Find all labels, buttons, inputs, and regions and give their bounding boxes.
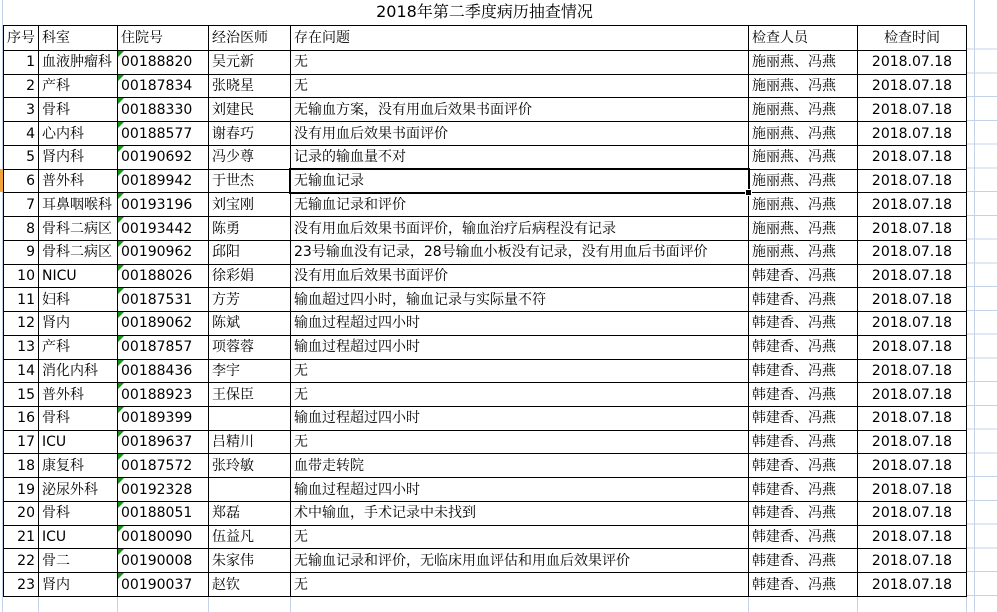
cell-department[interactable]: 骨科二病区 — [39, 240, 118, 264]
fill-handle[interactable] — [745, 189, 752, 196]
cell-problem[interactable]: 无 — [291, 383, 749, 407]
cell-index[interactable]: 15 — [4, 383, 39, 407]
outside-gridline-stub — [857, 597, 858, 612]
admission-no-text: 00190962 — [121, 244, 192, 260]
table-row: 22骨二00190008朱家伟无输血记录和评价，无临床用血评估和用血后效果评价韩… — [4, 549, 967, 573]
table-row: 12肾内00189062陈斌输血过程超过四小时韩建香、冯燕2018.07.18 — [4, 312, 967, 336]
table-row: 20骨科00188051郑磊术中输血，手术记录中未找到韩建香、冯燕2018.07… — [4, 501, 967, 525]
admission-no-text: 00193442 — [121, 221, 192, 237]
cell-department[interactable]: 康复科 — [39, 454, 118, 478]
cell-problem[interactable]: 23号输血没有记录，28号输血小板没有记录，没有用血后书面评价 — [291, 240, 749, 264]
stored-as-text-indicator-icon — [118, 336, 124, 342]
cell-inspectors[interactable]: 施丽燕、冯燕 — [749, 145, 858, 169]
cell-date[interactable]: 2018.07.18 — [858, 288, 967, 312]
cell-inspectors[interactable]: 施丽燕、冯燕 — [749, 51, 858, 75]
cell-index[interactable]: 1 — [4, 51, 39, 75]
table-row: 14消化内科00188436李宇无韩建香、冯燕2018.07.18 — [4, 359, 967, 383]
admission-no-text: 00188330 — [121, 102, 192, 118]
cell-admission-no[interactable]: 00190962 — [118, 240, 209, 264]
table-row: 5肾内科00190692冯少尊记录的输血量不对施丽燕、冯燕2018.07.18 — [4, 145, 967, 169]
cell-date[interactable]: 2018.07.18 — [858, 98, 967, 122]
cell-admission-no[interactable]: 00188026 — [118, 264, 209, 288]
cell-admission-no[interactable]: 00180090 — [118, 525, 209, 549]
admission-no-text: 00192328 — [121, 482, 192, 498]
table-row: 15普外科00188923王保臣无韩建香、冯燕2018.07.18 — [4, 383, 967, 407]
stored-as-text-indicator-icon — [118, 526, 124, 532]
stored-as-text-indicator-icon — [118, 431, 124, 437]
table-row: 16骨科00189399输血过程超过四小时韩建香、冯燕2018.07.18 — [4, 407, 967, 431]
column-header-physician[interactable]: 经治医师 — [209, 26, 291, 51]
cell-admission-no[interactable]: 00187572 — [118, 454, 209, 478]
admission-no-text: 00180090 — [121, 529, 192, 545]
cell-admission-no[interactable]: 00190692 — [118, 145, 209, 169]
admission-no-text: 00188051 — [121, 505, 192, 521]
stored-as-text-indicator-icon — [118, 360, 124, 366]
cell-index[interactable]: 7 — [4, 193, 39, 217]
cell-problem[interactable]: 输血过程超过四小时 — [291, 407, 749, 431]
cell-physician[interactable]: 冯少尊 — [209, 145, 291, 169]
table-row: 10NICU00188026徐彩娟没有用血后效果书面评价韩建香、冯燕2018.0… — [4, 264, 967, 288]
cell-date[interactable]: 2018.07.18 — [858, 478, 967, 502]
cell-department[interactable]: ICU — [39, 525, 118, 549]
cell-index[interactable]: 22 — [4, 549, 39, 573]
cell-inspectors[interactable]: 韩建香、冯燕 — [749, 264, 858, 288]
stored-as-text-indicator-icon — [118, 383, 124, 389]
cell-department[interactable]: 肾内 — [39, 312, 118, 336]
cell-problem[interactable]: 无输血记录和评价 — [291, 193, 749, 217]
cell-physician[interactable] — [209, 407, 291, 431]
cell-department[interactable]: 骨科 — [39, 98, 118, 122]
cell-problem[interactable]: 记录的输血量不对 — [291, 145, 749, 169]
table-row: 7耳鼻咽喉科00193196刘宝刚无输血记录和评价施丽燕、冯燕2018.07.1… — [4, 193, 967, 217]
stored-as-text-indicator-icon — [118, 170, 124, 176]
cell-date[interactable]: 2018.07.18 — [858, 454, 967, 478]
cell-date[interactable]: 2018.07.18 — [858, 407, 967, 431]
stored-as-text-indicator-icon — [118, 241, 124, 247]
cell-inspectors[interactable]: 施丽燕、冯燕 — [749, 193, 858, 217]
cell-physician[interactable]: 方芳 — [209, 288, 291, 312]
cell-inspectors[interactable]: 韩建香、冯燕 — [749, 407, 858, 431]
cell-index[interactable]: 5 — [4, 145, 39, 169]
cell-date[interactable]: 2018.07.18 — [858, 501, 967, 525]
cell-admission-no[interactable]: 00192328 — [118, 478, 209, 502]
admission-no-text: 00188436 — [121, 363, 192, 379]
stored-as-text-indicator-icon — [118, 549, 124, 555]
cell-index[interactable]: 17 — [4, 430, 39, 454]
column-header-problem[interactable]: 存在问题 — [291, 26, 749, 51]
cell-date[interactable]: 2018.07.18 — [858, 312, 967, 336]
cell-inspectors[interactable]: 韩建香、冯燕 — [749, 454, 858, 478]
cell-admission-no[interactable]: 00193442 — [118, 217, 209, 241]
cell-problem[interactable]: 无输血记录 — [291, 169, 749, 193]
cell-inspectors[interactable]: 韩建香、冯燕 — [749, 501, 858, 525]
cell-index[interactable]: 8 — [4, 217, 39, 241]
cell-date[interactable]: 2018.07.18 — [858, 122, 967, 146]
cell-date[interactable]: 2018.07.18 — [858, 525, 967, 549]
cell-admission-no[interactable]: 00187857 — [118, 335, 209, 359]
cell-inspectors[interactable]: 韩建香、冯燕 — [749, 549, 858, 573]
cell-date[interactable]: 2018.07.18 — [858, 51, 967, 75]
cell-department[interactable]: 消化内科 — [39, 359, 118, 383]
cell-department[interactable]: ICU — [39, 430, 118, 454]
cell-physician[interactable]: 邱阳 — [209, 240, 291, 264]
cell-date[interactable]: 2018.07.18 — [858, 193, 967, 217]
cell-physician[interactable]: 项蓉蓉 — [209, 335, 291, 359]
stored-as-text-indicator-icon — [118, 502, 124, 508]
cell-inspectors[interactable]: 施丽燕、冯燕 — [749, 169, 858, 193]
table-row: 9骨科二病区00190962邱阳23号输血没有记录，28号输血小板没有记录，没有… — [4, 240, 967, 264]
cell-problem[interactable]: 没有用血后效果书面评价，输血治疗后病程没有记录 — [291, 217, 749, 241]
cell-index[interactable]: 10 — [4, 264, 39, 288]
cell-admission-no[interactable]: 00189637 — [118, 430, 209, 454]
cell-date[interactable]: 2018.07.18 — [858, 359, 967, 383]
cell-inspectors[interactable]: 韩建香、冯燕 — [749, 478, 858, 502]
cell-physician[interactable]: 于世杰 — [209, 169, 291, 193]
cell-department[interactable]: 肾内科 — [39, 145, 118, 169]
gridlines-right-strip — [967, 26, 997, 598]
cell-problem[interactable]: 没有用血后效果书面评价 — [291, 122, 749, 146]
table-row: 2产科00187834张晓星无施丽燕、冯燕2018.07.18 — [4, 74, 967, 98]
cell-date[interactable]: 2018.07.18 — [858, 549, 967, 573]
cell-admission-no[interactable]: 00188051 — [118, 501, 209, 525]
cell-physician[interactable]: 李宇 — [209, 359, 291, 383]
table-row: 1血液肿瘤科00188820吴元新无施丽燕、冯燕2018.07.18 — [4, 51, 967, 75]
cell-admission-no[interactable]: 00189942 — [118, 169, 209, 193]
cell-date[interactable]: 2018.07.18 — [858, 240, 967, 264]
cell-inspectors[interactable]: 韩建香、冯燕 — [749, 288, 858, 312]
cell-department[interactable]: 普外科 — [39, 383, 118, 407]
cell-physician[interactable]: 徐彩娟 — [209, 264, 291, 288]
table-row: 17ICU00189637吕精川无韩建香、冯燕2018.07.18 — [4, 430, 967, 454]
cell-problem[interactable]: 无 — [291, 573, 749, 597]
cell-admission-no[interactable]: 00188820 — [118, 51, 209, 75]
cell-department[interactable]: NICU — [39, 264, 118, 288]
cell-index[interactable]: 20 — [4, 501, 39, 525]
table-row: 8骨科二病区00193442陈勇没有用血后效果书面评价，输血治疗后病程没有记录施… — [4, 217, 967, 241]
cell-physician[interactable]: 吴元新 — [209, 51, 291, 75]
cell-admission-no[interactable]: 00187531 — [118, 288, 209, 312]
admission-no-text: 00188577 — [121, 126, 192, 142]
cell-physician[interactable]: 刘宝刚 — [209, 193, 291, 217]
cell-admission-no[interactable]: 00189399 — [118, 407, 209, 431]
column-header-date[interactable]: 检查时间 — [858, 26, 967, 51]
records-tbody: 1血液肿瘤科00188820吴元新无施丽燕、冯燕2018.07.182产科001… — [4, 51, 967, 597]
column-header-admission-no[interactable]: 住院号 — [118, 26, 209, 51]
cell-index[interactable]: 16 — [4, 407, 39, 431]
cell-date[interactable]: 2018.07.18 — [858, 573, 967, 597]
cell-index[interactable]: 18 — [4, 454, 39, 478]
cell-index[interactable]: 12 — [4, 312, 39, 336]
stored-as-text-indicator-icon — [118, 312, 124, 318]
cell-department[interactable]: 骨二 — [39, 549, 118, 573]
cell-department[interactable]: 心内科 — [39, 122, 118, 146]
cell-admission-no[interactable]: 00188577 — [118, 122, 209, 146]
outside-gridline-stub — [966, 597, 967, 612]
cell-index[interactable]: 19 — [4, 478, 39, 502]
table-row: 3骨科00188330刘建民无输血方案，没有用血后效果书面评价施丽燕、冯燕201… — [4, 98, 967, 122]
cell-problem[interactable]: 无输血记录和评价，无临床用血评估和用血后效果评价 — [291, 549, 749, 573]
cell-problem[interactable]: 无 — [291, 430, 749, 454]
stored-as-text-indicator-icon — [118, 265, 124, 271]
outside-gridline-stub — [117, 597, 118, 612]
cell-problem[interactable]: 输血过程超过四小时 — [291, 478, 749, 502]
cell-problem[interactable]: 输血过程超过四小时 — [291, 335, 749, 359]
cell-date[interactable]: 2018.07.18 — [858, 383, 967, 407]
admission-no-text: 00189062 — [121, 315, 192, 331]
stored-as-text-indicator-icon — [118, 573, 124, 579]
cell-physician[interactable]: 陈斌 — [209, 312, 291, 336]
cell-problem[interactable]: 无 — [291, 525, 749, 549]
cell-date[interactable]: 2018.07.18 — [858, 430, 967, 454]
cell-physician[interactable] — [209, 478, 291, 502]
cell-admission-no[interactable]: 00189062 — [118, 312, 209, 336]
cell-department[interactable]: 肾内 — [39, 573, 118, 597]
cell-department[interactable]: 妇科 — [39, 288, 118, 312]
table-row: 4心内科00188577谢春巧没有用血后效果书面评价施丽燕、冯燕2018.07.… — [4, 122, 967, 146]
cell-physician[interactable]: 谢春巧 — [209, 122, 291, 146]
cell-physician[interactable]: 赵钦 — [209, 573, 291, 597]
cell-index[interactable]: 2 — [4, 74, 39, 98]
cell-admission-no[interactable]: 00188330 — [118, 98, 209, 122]
cell-inspectors[interactable]: 韩建香、冯燕 — [749, 335, 858, 359]
cell-inspectors[interactable]: 韩建香、冯燕 — [749, 312, 858, 336]
admission-no-text: 00189637 — [121, 434, 192, 450]
admission-no-text: 00188026 — [121, 268, 192, 284]
cell-admission-no[interactable]: 00188923 — [118, 383, 209, 407]
cell-index[interactable]: 23 — [4, 573, 39, 597]
cell-index[interactable]: 9 — [4, 240, 39, 264]
outside-gridline-stub — [208, 597, 209, 612]
cell-date[interactable]: 2018.07.18 — [858, 74, 967, 98]
cell-physician[interactable]: 朱家伟 — [209, 549, 291, 573]
cell-department[interactable]: 产科 — [39, 335, 118, 359]
admission-no-text: 00187572 — [121, 458, 192, 474]
cell-inspectors[interactable]: 施丽燕、冯燕 — [749, 122, 858, 146]
cell-date[interactable]: 2018.07.18 — [858, 217, 967, 241]
cell-inspectors[interactable]: 韩建香、冯燕 — [749, 525, 858, 549]
cell-index[interactable]: 21 — [4, 525, 39, 549]
cell-department[interactable]: 骨科 — [39, 501, 118, 525]
outside-gridline-stub — [38, 597, 39, 612]
sheet-title[interactable]: 2018年第二季度病历抽查情况 — [3, 0, 966, 24]
cell-department[interactable]: 骨科 — [39, 407, 118, 431]
stored-as-text-indicator-icon — [118, 454, 124, 460]
table-row: 21ICU00180090伍益凡无韩建香、冯燕2018.07.18 — [4, 525, 967, 549]
column-header-index[interactable]: 序号 — [4, 26, 39, 51]
cell-index[interactable]: 3 — [4, 98, 39, 122]
cell-date[interactable]: 2018.07.18 — [858, 169, 967, 193]
cell-physician[interactable]: 陈勇 — [209, 217, 291, 241]
stored-as-text-indicator-icon — [118, 51, 124, 57]
cell-admission-no[interactable]: 00190008 — [118, 549, 209, 573]
inspection-table: 序号科室住院号经治医师存在问题检查人员检查时间 1血液肿瘤科00188820吴元… — [3, 25, 967, 597]
admission-no-text: 00193196 — [121, 197, 192, 213]
outside-gridline-stub — [290, 597, 291, 612]
cell-inspectors[interactable]: 韩建香、冯燕 — [749, 359, 858, 383]
active-cell-border — [289, 168, 750, 195]
cell-department[interactable]: 产科 — [39, 74, 118, 98]
cell-inspectors[interactable]: 施丽燕、冯燕 — [749, 240, 858, 264]
cell-date[interactable]: 2018.07.18 — [858, 335, 967, 359]
cell-inspectors[interactable]: 韩建香、冯燕 — [749, 430, 858, 454]
cell-physician[interactable]: 郑磊 — [209, 501, 291, 525]
stored-as-text-indicator-icon — [118, 478, 124, 484]
admission-no-text: 00190037 — [121, 577, 192, 593]
cell-department[interactable]: 耳鼻咽喉科 — [39, 193, 118, 217]
table-row: 11妇科00187531方芳输血超过四小时，输血记录与实际量不符韩建香、冯燕20… — [4, 288, 967, 312]
admission-no-text: 00188820 — [121, 54, 192, 70]
stored-as-text-indicator-icon — [118, 75, 124, 81]
stored-as-text-indicator-icon — [118, 217, 124, 223]
cell-problem[interactable]: 血带走转院 — [291, 454, 749, 478]
cell-physician[interactable]: 王保臣 — [209, 383, 291, 407]
cell-problem[interactable]: 术中输血，手术记录中未找到 — [291, 501, 749, 525]
header-row: 序号科室住院号经治医师存在问题检查人员检查时间 — [4, 26, 967, 51]
cell-physician[interactable]: 刘建民 — [209, 98, 291, 122]
cell-index[interactable]: 13 — [4, 335, 39, 359]
table-row: 23肾内00190037赵钦无韩建香、冯燕2018.07.18 — [4, 573, 967, 597]
cell-inspectors[interactable]: 韩建香、冯燕 — [749, 383, 858, 407]
admission-no-text: 00188923 — [121, 387, 192, 403]
admission-no-text: 00187531 — [121, 292, 192, 308]
cell-problem[interactable]: 无 — [291, 74, 749, 98]
cell-problem[interactable]: 无输血方案，没有用血后效果书面评价 — [291, 98, 749, 122]
cell-admission-no[interactable]: 00188436 — [118, 359, 209, 383]
admission-no-text: 00189942 — [121, 173, 192, 189]
admission-no-text: 00190692 — [121, 149, 192, 165]
stored-as-text-indicator-icon — [118, 193, 124, 199]
admission-no-text: 00189399 — [121, 410, 192, 426]
cell-admission-no[interactable]: 00187834 — [118, 74, 209, 98]
table-row: 13产科00187857项蓉蓉输血过程超过四小时韩建香、冯燕2018.07.18 — [4, 335, 967, 359]
outside-gridline-stub — [748, 597, 749, 612]
cell-index[interactable]: 6 — [4, 169, 39, 193]
cell-problem[interactable]: 没有用血后效果书面评价 — [291, 264, 749, 288]
table-row: 18康复科00187572张玲敏血带走转院韩建香、冯燕2018.07.18 — [4, 454, 967, 478]
table-row: 19泌尿外科00192328输血过程超过四小时韩建香、冯燕2018.07.18 — [4, 478, 967, 502]
cell-inspectors[interactable]: 施丽燕、冯燕 — [749, 217, 858, 241]
cell-date[interactable]: 2018.07.18 — [858, 145, 967, 169]
cell-index[interactable]: 4 — [4, 122, 39, 146]
cell-department[interactable]: 血液肿瘤科 — [39, 51, 118, 75]
column-header-inspectors[interactable]: 检查人员 — [749, 26, 858, 51]
cell-physician[interactable]: 张玲敏 — [209, 454, 291, 478]
cell-inspectors[interactable]: 韩建香、冯燕 — [749, 573, 858, 597]
stored-as-text-indicator-icon — [118, 146, 124, 152]
cell-index[interactable]: 14 — [4, 359, 39, 383]
stored-as-text-indicator-icon — [118, 407, 124, 413]
stored-as-text-indicator-icon — [118, 288, 124, 294]
cell-index[interactable]: 11 — [4, 288, 39, 312]
cell-problem[interactable]: 无 — [291, 51, 749, 75]
cell-inspectors[interactable]: 施丽燕、冯燕 — [749, 98, 858, 122]
table-row: 6普外科00189942于世杰无输血记录施丽燕、冯燕2018.07.18 — [4, 169, 967, 193]
cell-department[interactable]: 骨科二病区 — [39, 217, 118, 241]
cell-physician[interactable]: 吕精川 — [209, 430, 291, 454]
stored-as-text-indicator-icon — [118, 98, 124, 104]
admission-no-text: 00187857 — [121, 339, 192, 355]
cell-physician[interactable]: 伍益凡 — [209, 525, 291, 549]
cell-admission-no[interactable]: 00190037 — [118, 573, 209, 597]
admission-no-text: 00190008 — [121, 553, 192, 569]
selected-row-header-accent — [0, 169, 3, 193]
cell-admission-no[interactable]: 00193196 — [118, 193, 209, 217]
cell-problem[interactable]: 输血超过四小时，输血记录与实际量不符 — [291, 288, 749, 312]
cell-physician[interactable]: 张晓星 — [209, 74, 291, 98]
admission-no-text: 00187834 — [121, 78, 192, 94]
cell-inspectors[interactable]: 施丽燕、冯燕 — [749, 74, 858, 98]
cell-date[interactable]: 2018.07.18 — [858, 264, 967, 288]
cell-problem[interactable]: 输血过程超过四小时 — [291, 312, 749, 336]
cell-department[interactable]: 普外科 — [39, 169, 118, 193]
stored-as-text-indicator-icon — [118, 122, 124, 128]
cell-problem[interactable]: 无 — [291, 359, 749, 383]
column-header-department[interactable]: 科室 — [39, 26, 118, 51]
cell-department[interactable]: 泌尿外科 — [39, 478, 118, 502]
